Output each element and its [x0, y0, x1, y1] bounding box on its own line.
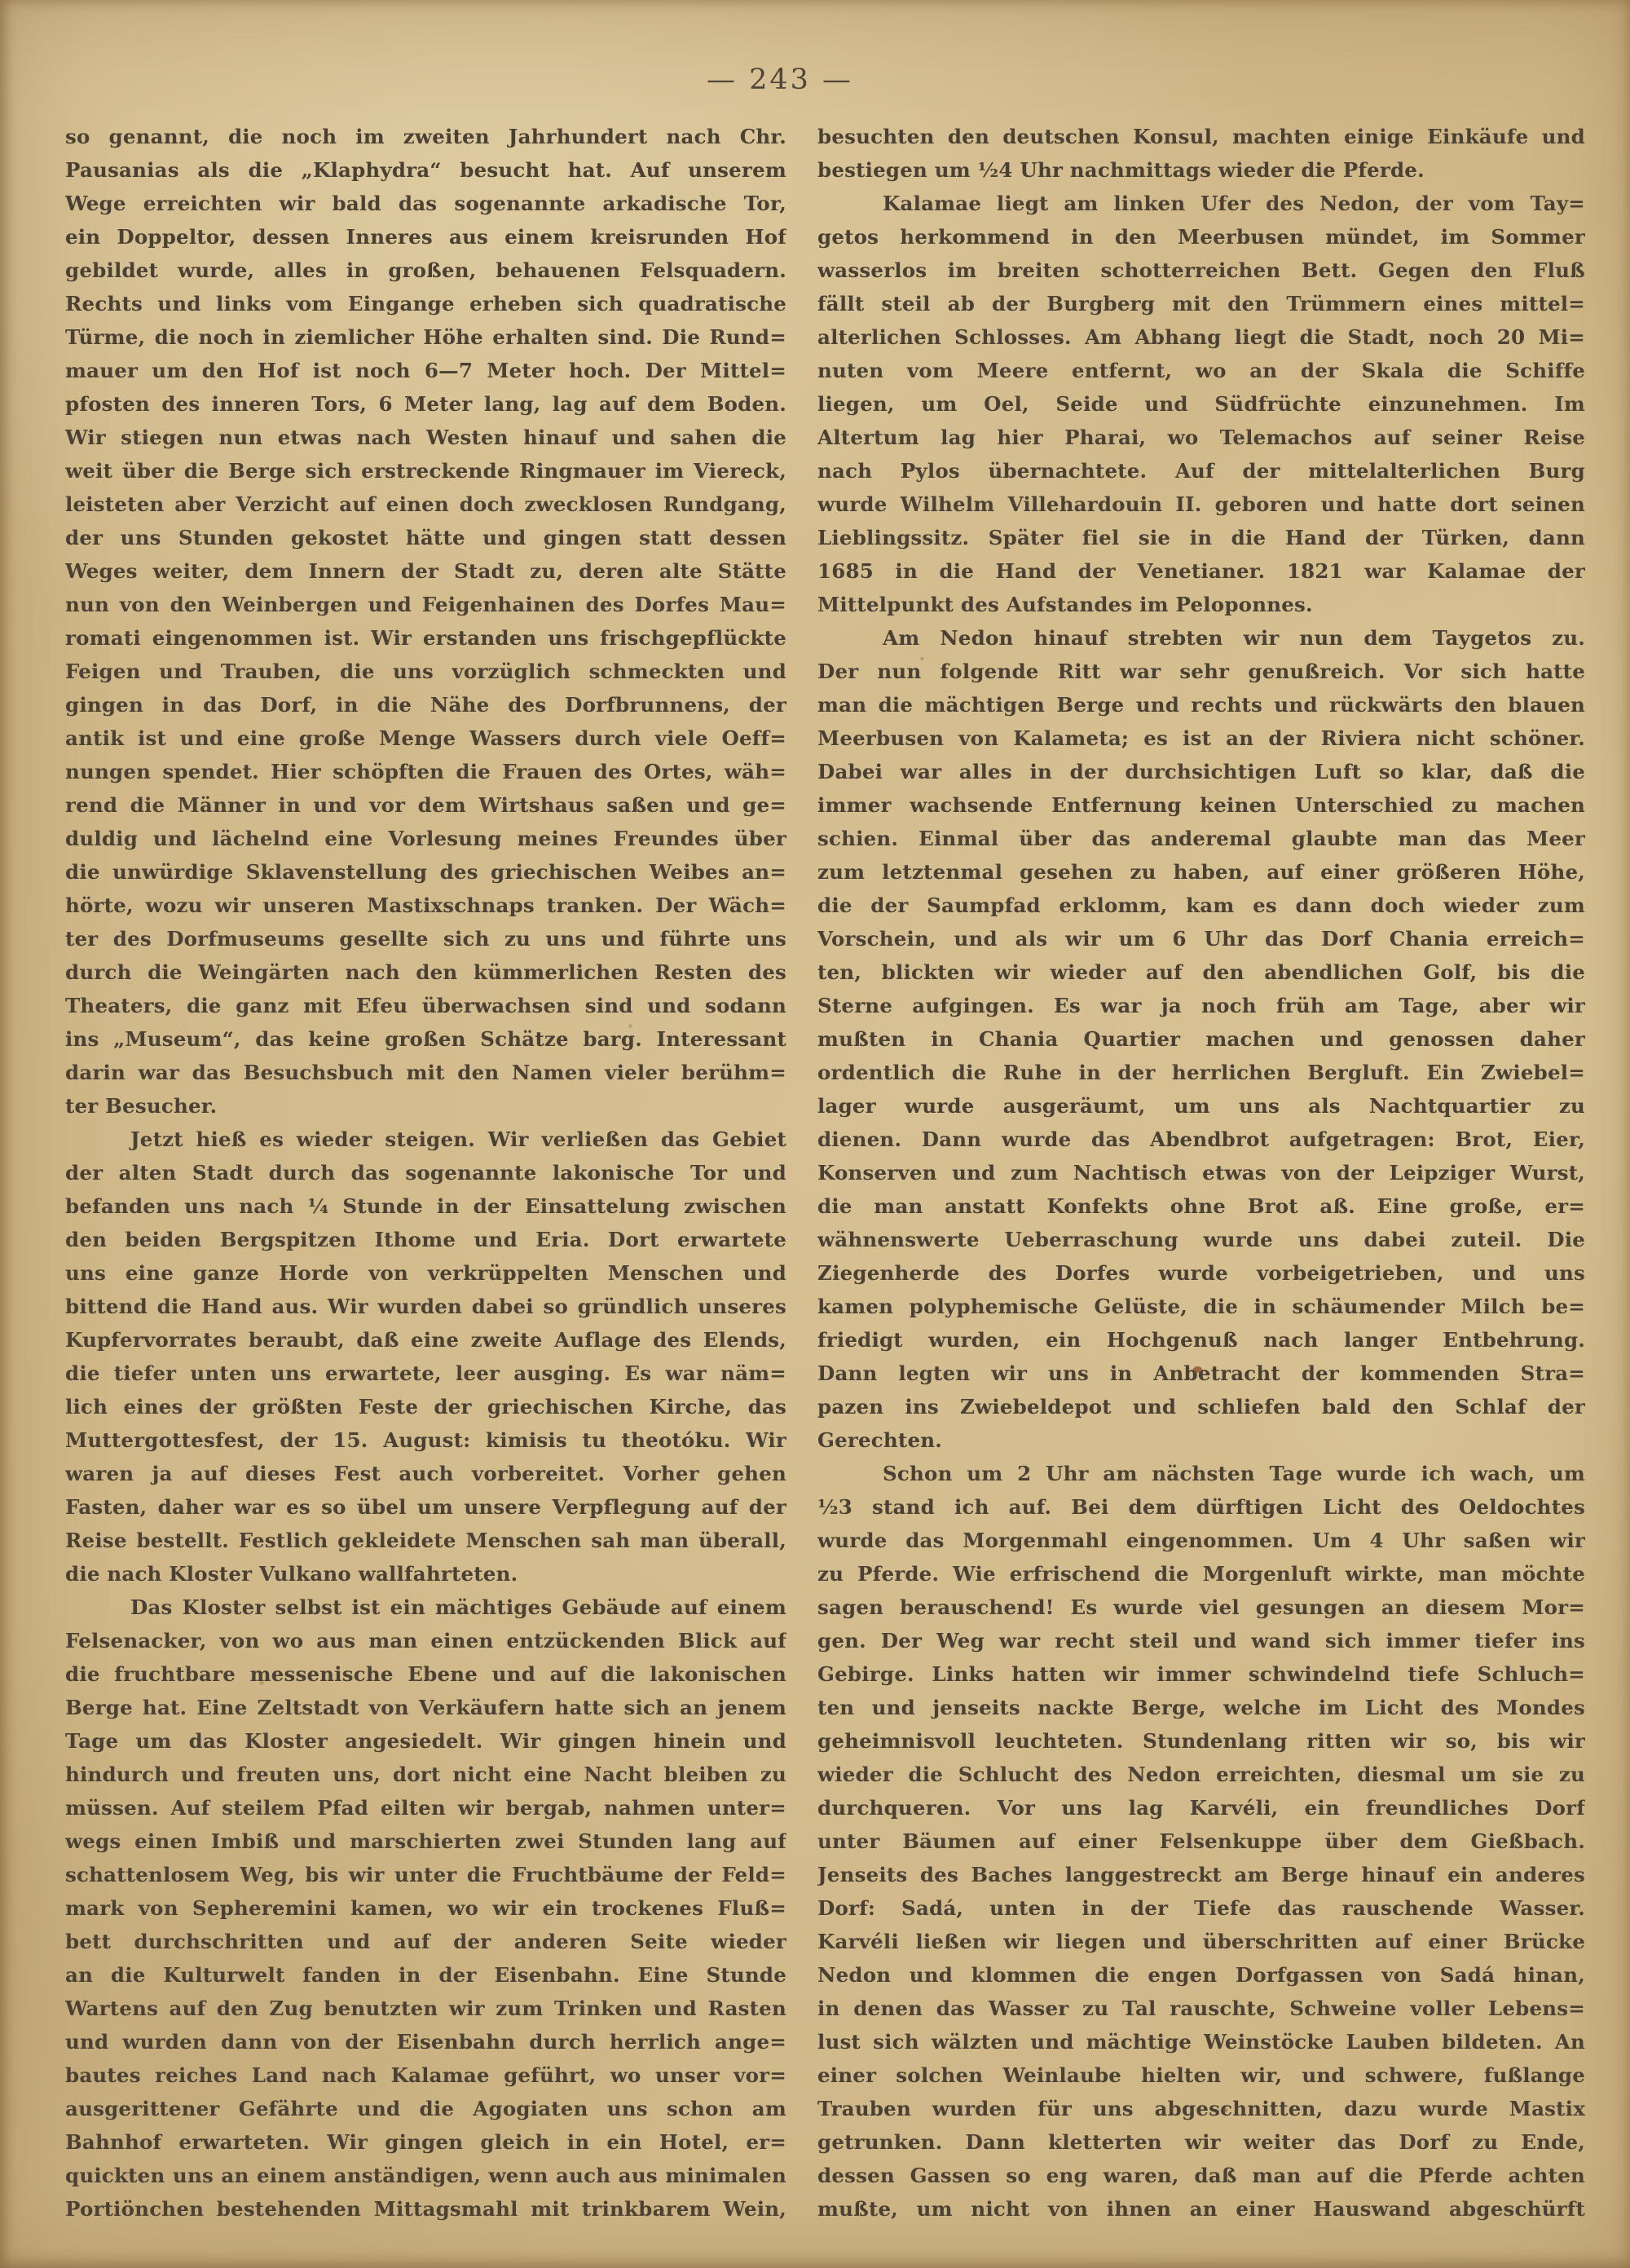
text-line: waren ja auf dieses Fest auch vorbereite…: [65, 1457, 786, 1490]
text-line: ordentlich die Ruhe in der herrlichen Be…: [817, 1056, 1585, 1089]
text-line: gen. Der Weg war recht steil und wand si…: [817, 1624, 1585, 1657]
text-line: Berge hat. Eine Zeltstadt von Verkäufern…: [65, 1691, 786, 1724]
text-line: besuchten den deutschen Konsul, machten …: [817, 120, 1585, 153]
text-line: sagen berauschend! Es wurde viel gesunge…: [817, 1591, 1585, 1624]
text-line: mark von Sepheremini kamen, wo wir ein t…: [65, 1891, 786, 1925]
text-line: Gerechten.: [817, 1423, 1585, 1457]
text-line: dienen. Dann wurde das Abendbrot aufgetr…: [817, 1123, 1585, 1156]
text-line: Wege erreichten wir bald das sogenannte …: [65, 187, 786, 220]
text-line: quickten uns an einem anständigen, wenn …: [65, 2159, 786, 2192]
text-line: ter des Dorfmuseums gesellte sich zu uns…: [65, 922, 786, 955]
text-line: wähnenswerte Ueberraschung wurde uns dab…: [817, 1223, 1585, 1256]
text-line: zum letztenmal gesehen zu haben, auf ein…: [817, 855, 1585, 889]
text-line: lager wurde ausgeräumt, um uns als Nacht…: [817, 1089, 1585, 1123]
text-line: liegen, um Oel, Seide und Südfrüchte ein…: [817, 387, 1585, 421]
text-line: fällt steil ab der Burgberg mit den Trüm…: [817, 287, 1585, 320]
text-line: Ziegenherde des Dorfes wurde vorbeigetri…: [817, 1256, 1585, 1290]
text-line: nungen spendet. Hier schöpften die Fraue…: [65, 755, 786, 788]
text-line: einer solchen Weinlaube hielten wir, und…: [817, 2058, 1585, 2092]
text-line: in denen das Wasser zu Tal rauschte, Sch…: [817, 1992, 1585, 2025]
text-line: mußten in Chania Quartier machen und gen…: [817, 1022, 1585, 1056]
text-line: romati eingenommen ist. Wir erstanden un…: [65, 621, 786, 655]
text-line: unter Bäumen auf einer Felsenkuppe über …: [817, 1825, 1585, 1858]
text-line: wasserlos im breiten schotterreichen Bet…: [817, 254, 1585, 287]
text-line: Türme, die noch in ziemlicher Höhe erhal…: [65, 320, 786, 354]
text-line: Muttergottesfest, der 15. August: kimisi…: [65, 1423, 786, 1457]
text-line: Am Nedon hinauf strebten wir nun dem Tay…: [817, 621, 1585, 655]
text-line: Dann legten wir uns in Anbetracht der ko…: [817, 1357, 1585, 1390]
text-line: bett durchschritten und auf der anderen …: [65, 1925, 786, 1958]
text-line: Kalamae liegt am linken Ufer des Nedon, …: [817, 187, 1585, 220]
text-line: mauer um den Hof ist noch 6—7 Meter hoch…: [65, 354, 786, 387]
text-line: Pausanias als die „Klaphydra“ besucht ha…: [65, 153, 786, 187]
text-line: Kupfervorrates beraubt, daß eine zweite …: [65, 1323, 786, 1357]
text-line: ter Besucher.: [65, 1089, 786, 1123]
page-number: — 243 —: [0, 64, 1560, 96]
text-line: Konserven und zum Nachtisch etwas von de…: [817, 1156, 1585, 1189]
text-line: gebildet wurde, alles in großen, behauen…: [65, 254, 786, 287]
text-line: die der Saumpfad erklomm, kam es dann do…: [817, 889, 1585, 922]
text-line: Felsenacker, von wo aus man einen entzüc…: [65, 1624, 786, 1657]
text-line: Portiönchen bestehenden Mittagsmahl mit …: [65, 2192, 786, 2226]
text-line: antik ist und eine große Menge Wassers d…: [65, 721, 786, 755]
text-line: Fasten, daher war es so übel um unsere V…: [65, 1490, 786, 1524]
text-line: gingen in das Dorf, in die Nähe des Dorf…: [65, 688, 786, 721]
text-line: 1685 in die Hand der Venetianer. 1821 wa…: [817, 554, 1585, 588]
text-line: Theaters, die ganz mit Efeu überwachsen …: [65, 989, 786, 1022]
text-line: Sterne aufgingen. Es war ja noch früh am…: [817, 989, 1585, 1022]
text-line: rend die Männer in und vor dem Wirtshaus…: [65, 788, 786, 822]
text-line: Trauben wurden für uns abgeschnitten, da…: [817, 2092, 1585, 2125]
text-line: kamen polyphemische Gelüste, die in schä…: [817, 1290, 1585, 1323]
text-line: Dorf: Sadá, unten in der Tiefe das rausc…: [817, 1891, 1585, 1925]
text-line: friedigt wurden, ein Hochgenuß nach lang…: [817, 1323, 1585, 1357]
text-line: den beiden Bergspitzen Ithome und Eria. …: [65, 1223, 786, 1256]
text-line: weit über die Berge sich erstreckende Ri…: [65, 454, 786, 488]
text-line: Schon um 2 Uhr am nächsten Tage wurde ic…: [817, 1457, 1585, 1490]
text-line: wurde das Morgenmahl eingenommen. Um 4 U…: [817, 1524, 1585, 1557]
text-line: wurde Wilhelm Villehardouin II. geboren …: [817, 488, 1585, 521]
text-line: Feigen und Trauben, die uns vorzüglich s…: [65, 655, 786, 688]
text-line: Mittelpunkt des Aufstandes im Peloponnes…: [817, 588, 1585, 621]
text-line: uns eine ganze Horde von verkrüppelten M…: [65, 1256, 786, 1290]
text-line: Tage um das Kloster angesiedelt. Wir gin…: [65, 1724, 786, 1758]
text-line: duldig und lächelnd eine Vorlesung meine…: [65, 822, 786, 855]
text-line: so genannt, die noch im zweiten Jahrhund…: [65, 120, 786, 153]
text-line: Das Kloster selbst ist ein mächtiges Geb…: [65, 1591, 786, 1624]
text-line: immer wachsende Entfernung keinen Unters…: [817, 788, 1585, 822]
text-line: die man anstatt Konfekts ohne Brot aß. E…: [817, 1189, 1585, 1223]
text-line: Der nun folgende Ritt war sehr genußreic…: [817, 655, 1585, 688]
text-line: darin war das Besuchsbuch mit den Namen …: [65, 1056, 786, 1089]
text-line: hindurch und freuten uns, dort nicht ein…: [65, 1758, 786, 1791]
text-line: Wir stiegen nun etwas nach Westen hinauf…: [65, 421, 786, 454]
text-line: Altertum lag hier Pharai, wo Telemachos …: [817, 421, 1585, 454]
text-column-left: so genannt, die noch im zweiten Jahrhund…: [65, 120, 786, 2226]
text-line: getos herkommend in den Meerbusen mündet…: [817, 220, 1585, 254]
text-line: Lieblingssitz. Später fiel sie in die Ha…: [817, 521, 1585, 554]
text-line: pazen ins Zwiebeldepot und schliefen bal…: [817, 1390, 1585, 1423]
text-block: so genannt, die noch im zweiten Jahrhund…: [65, 120, 1585, 2239]
text-line: nun von den Weinbergen und Feigenhainen …: [65, 588, 786, 621]
text-line: bittend die Hand aus. Wir wurden dabei s…: [65, 1290, 786, 1323]
text-line: Bahnhof erwarteten. Wir gingen gleich in…: [65, 2125, 786, 2159]
text-line: Weges weiter, dem Innern der Stadt zu, d…: [65, 554, 786, 588]
text-line: ins „Museum“, das keine großen Schätze b…: [65, 1022, 786, 1056]
text-line: schattenlosem Weg, bis wir unter die Fru…: [65, 1858, 786, 1891]
text-line: Nedon und klommen die engen Dorfgassen v…: [817, 1958, 1585, 1992]
text-line: an die Kulturwelt fanden in der Eisenbah…: [65, 1958, 786, 1992]
text-line: die unwürdige Sklavenstellung des griech…: [65, 855, 786, 889]
text-line: wieder die Schlucht des Nedon erreichten…: [817, 1758, 1585, 1791]
text-line: die tiefer unten uns erwartete, leer aus…: [65, 1357, 786, 1390]
text-line: Wartens auf den Zug benutzten wir zum Tr…: [65, 1992, 786, 2025]
text-line: und wurden dann von der Eisenbahn durch …: [65, 2025, 786, 2058]
text-line: pfosten des inneren Tors, 6 Meter lang, …: [65, 387, 786, 421]
text-line: ausgerittener Gefährte und die Agogiaten…: [65, 2092, 786, 2125]
text-line: bestiegen um ½4 Uhr nachmittags wieder d…: [817, 153, 1585, 187]
text-line: geheimnisvoll leuchteten. Stundenlang ri…: [817, 1724, 1585, 1758]
text-column-right: besuchten den deutschen Konsul, machten …: [817, 120, 1585, 2226]
text-line: wegs einen Imbiß und marschierten zwei S…: [65, 1825, 786, 1858]
text-line: durchqueren. Vor uns lag Karvéli, ein fr…: [817, 1791, 1585, 1825]
text-line: Rechts und links vom Eingange erheben si…: [65, 287, 786, 320]
text-line: leisteten aber Verzicht auf einen doch z…: [65, 488, 786, 521]
text-line: alterlichen Schlosses. Am Abhang liegt d…: [817, 320, 1585, 354]
text-line: der uns Stunden gekostet hätte und ginge…: [65, 521, 786, 554]
text-line: zu Pferde. Wie erfrischend die Morgenluf…: [817, 1557, 1585, 1591]
text-line: Karvéli ließen wir liegen und überschrit…: [817, 1925, 1585, 1958]
scanned-book-page: — 243 — so genannt, die noch im zweiten …: [0, 0, 1630, 2268]
text-line: man die mächtigen Berge und rechts und r…: [817, 688, 1585, 721]
text-line: durch die Weingärten nach den kümmerlich…: [65, 955, 786, 989]
text-line: Jenseits des Baches langgestreckt am Ber…: [817, 1858, 1585, 1891]
text-line: ten, blickten wir wieder auf den abendli…: [817, 955, 1585, 989]
text-line: schien. Einmal über das anderemal glaubt…: [817, 822, 1585, 855]
text-line: Jetzt hieß es wieder steigen. Wir verlie…: [65, 1123, 786, 1156]
text-line: Reise bestellt. Festlich gekleidete Mens…: [65, 1524, 786, 1557]
text-line: müssen. Auf steilem Pfad eilten wir berg…: [65, 1791, 786, 1825]
text-line: Vorschein, und als wir um 6 Uhr das Dorf…: [817, 922, 1585, 955]
text-line: mußte, um nicht von ihnen an einer Hausw…: [817, 2192, 1585, 2226]
text-line: die fruchtbare messenische Ebene und auf…: [65, 1657, 786, 1691]
text-line: getrunken. Dann kletterten wir weiter da…: [817, 2125, 1585, 2159]
text-line: befanden uns nach ¼ Stunde in der Einsat…: [65, 1189, 786, 1223]
text-line: Dabei war alles in der durchsichtigen Lu…: [817, 755, 1585, 788]
text-line: Meerbusen von Kalameta; es ist an der Ri…: [817, 721, 1585, 755]
text-line: lust sich wälzten und mächtige Weinstöck…: [817, 2025, 1585, 2058]
text-line: hörte, wozu wir unseren Mastixschnaps tr…: [65, 889, 786, 922]
text-line: ein Doppeltor, dessen Inneres aus einem …: [65, 220, 786, 254]
text-line: lich eines der größten Feste der griechi…: [65, 1390, 786, 1423]
text-line: dessen Gassen so eng waren, daß man auf …: [817, 2159, 1585, 2192]
text-line: nuten vom Meere entfernt, wo an der Skal…: [817, 354, 1585, 387]
text-line: ten und jenseits nackte Berge, welche im…: [817, 1691, 1585, 1724]
text-line: der alten Stadt durch das sogenannte lak…: [65, 1156, 786, 1189]
text-line: nach Pylos übernachtete. Auf der mittela…: [817, 454, 1585, 488]
text-line: die nach Kloster Vulkano wallfahrteten.: [65, 1557, 786, 1591]
text-line: ½3 stand ich auf. Bei dem dürftigen Lich…: [817, 1490, 1585, 1524]
text-line: Gebirge. Links hatten wir immer schwinde…: [817, 1657, 1585, 1691]
text-line: bautes reiches Land nach Kalamae geführt…: [65, 2058, 786, 2092]
